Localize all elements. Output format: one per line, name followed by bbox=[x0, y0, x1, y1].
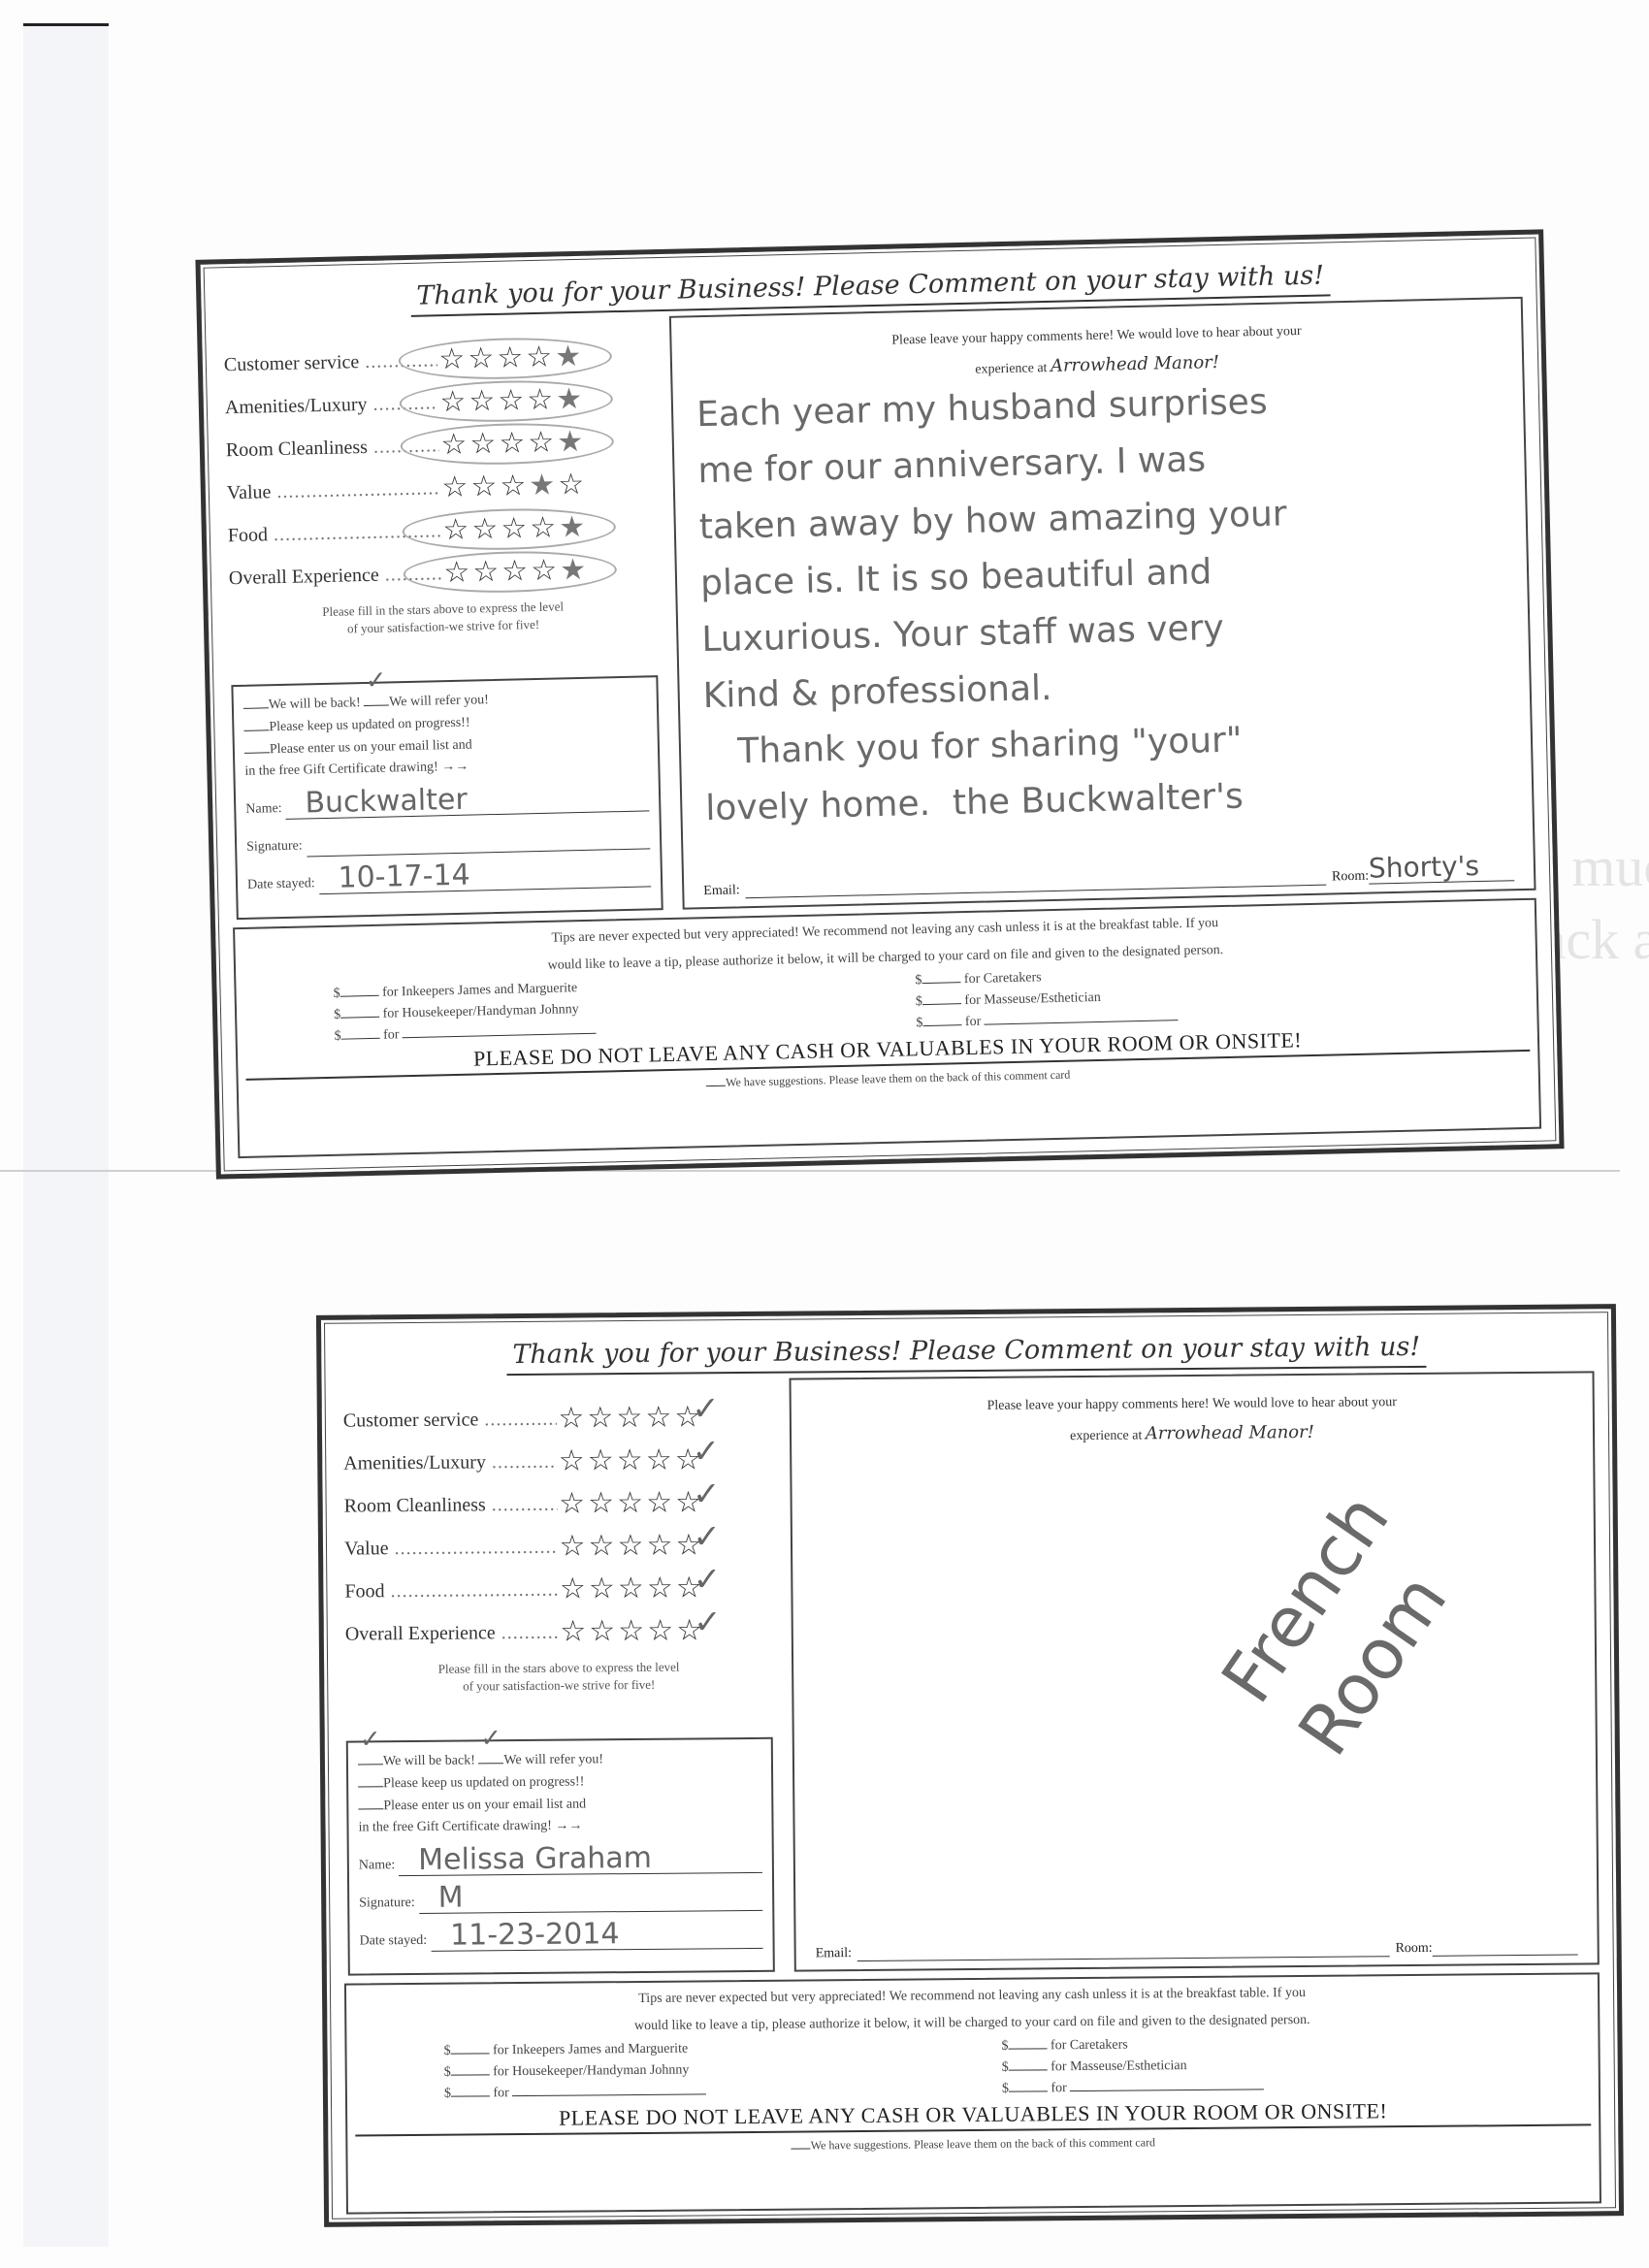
tip-amount-field[interactable] bbox=[340, 1017, 379, 1019]
tip-recipient-field[interactable] bbox=[403, 1033, 597, 1039]
tip-recipient-label: for Housekeeper/Handyman Johnny bbox=[490, 2063, 690, 2080]
room-label: Room: bbox=[1395, 1941, 1432, 1957]
star-icon[interactable]: ★ bbox=[527, 471, 557, 502]
gift-certificate-label: in the free Gift Certificate drawing! →→ bbox=[358, 1814, 761, 1839]
updates-checkbox[interactable] bbox=[243, 716, 269, 731]
star-icon[interactable]: ☆ bbox=[558, 1489, 587, 1518]
comment-box: Please leave your happy comments here! W… bbox=[790, 1371, 1600, 1971]
star-rating[interactable]: ☆☆☆☆☆✓ bbox=[559, 1616, 704, 1646]
checkmark-icon: ✓ bbox=[360, 1729, 381, 1750]
circle-mark bbox=[402, 506, 616, 552]
tip-item: $ for bbox=[444, 2079, 983, 2105]
checkmark-icon: ✓ bbox=[365, 670, 386, 692]
star-icon[interactable]: ☆ bbox=[586, 1446, 615, 1475]
star-icon[interactable]: ☆ bbox=[644, 1446, 673, 1475]
tips-section: Tips are never expected but very appreci… bbox=[233, 898, 1541, 1158]
tip-amount-field[interactable] bbox=[340, 995, 379, 997]
name-label: Name: bbox=[245, 798, 282, 821]
name-field[interactable]: Buckwalter bbox=[285, 781, 649, 819]
back-label: We will be back! bbox=[269, 696, 365, 712]
circle-mark bbox=[403, 549, 617, 595]
comment-box: Please leave your happy comments here! W… bbox=[669, 297, 1536, 910]
star-icon[interactable]: ☆ bbox=[644, 1404, 673, 1433]
comment-card-1: Thank you for your Business! Please Comm… bbox=[195, 229, 1564, 1179]
date-stayed-label: Date stayed: bbox=[359, 1930, 427, 1953]
tip-amount-field[interactable] bbox=[922, 982, 961, 984]
star-icon[interactable]: ☆ bbox=[587, 1574, 616, 1604]
star-icon[interactable]: ☆ bbox=[559, 1617, 588, 1646]
date-stayed-field[interactable]: 11-23-2014 bbox=[431, 1919, 763, 1952]
suggestions-checkbox[interactable] bbox=[706, 1085, 726, 1086]
star-icon[interactable]: ☆ bbox=[645, 1532, 674, 1561]
scan-edge-mark bbox=[23, 23, 109, 26]
suggestions-checkbox[interactable] bbox=[792, 2148, 811, 2149]
rating-instructions: Please fill in the stars above to expres… bbox=[345, 1658, 772, 1697]
room-label: Room: bbox=[1332, 869, 1369, 886]
back-checkbox[interactable] bbox=[243, 694, 269, 709]
name-field-row: Name:Buckwalter bbox=[245, 781, 650, 820]
star-icon[interactable]: ☆ bbox=[586, 1404, 615, 1433]
tip-amount-field[interactable] bbox=[922, 1003, 961, 1005]
refer-label: We will refer you! bbox=[389, 693, 489, 709]
email-label: Email: bbox=[703, 883, 740, 899]
tips-section: Tips are never expected but very appreci… bbox=[344, 1972, 1601, 2214]
name-field[interactable]: Melissa Graham bbox=[399, 1843, 762, 1876]
star-rating[interactable]: ☆☆☆☆☆✓ bbox=[558, 1531, 703, 1561]
signature-label: Signature: bbox=[359, 1893, 415, 1915]
rating-instructions: Please fill in the stars above to expres… bbox=[230, 596, 658, 640]
email-list-label: Please enter us on your email list and bbox=[383, 1797, 586, 1813]
star-icon[interactable]: ☆ bbox=[469, 472, 499, 502]
handwritten-comment[interactable]: Each year my husband surprises me for ou… bbox=[696, 373, 1294, 837]
currency-symbol: $ bbox=[1001, 2039, 1008, 2054]
rating-label: Value bbox=[227, 477, 440, 504]
star-icon[interactable]: ☆ bbox=[439, 473, 469, 503]
star-rating[interactable]: ☆☆☆☆☆✓ bbox=[558, 1573, 703, 1604]
star-icon[interactable]: ☆ bbox=[616, 1489, 645, 1518]
star-rating[interactable]: ☆☆☆☆★ bbox=[441, 556, 588, 588]
rating-note-line: of your satisfaction-we strive for five! bbox=[345, 1675, 772, 1697]
rating-label: Value bbox=[344, 1536, 558, 1560]
currency-symbol: $ bbox=[916, 1016, 922, 1030]
star-rating[interactable]: ☆☆☆☆★ bbox=[436, 342, 583, 374]
optin-box: ✓We will be back! ✓We will refer you!Ple… bbox=[346, 1737, 775, 1976]
checkmark-icon: ✓ bbox=[692, 1389, 720, 1428]
tip-recipient-label: for Housekeeper/Handyman Johnny bbox=[379, 1002, 579, 1021]
currency-symbol: $ bbox=[1002, 2082, 1009, 2096]
star-rating[interactable]: ☆☆☆☆★ bbox=[437, 385, 584, 417]
email-room-row: Email: Room: Shorty's bbox=[703, 851, 1514, 899]
star-icon[interactable]: ☆ bbox=[615, 1404, 644, 1433]
rating-row: Overall Experience☆☆☆☆★ bbox=[228, 547, 656, 599]
email-room-row: Email: Room: bbox=[815, 1926, 1577, 1962]
comment-prompt: Please leave your happy comments here! W… bbox=[792, 1386, 1594, 1453]
tips-intro: Tips are never expected but very appreci… bbox=[346, 1980, 1598, 2012]
star-icon[interactable]: ☆ bbox=[556, 470, 586, 501]
tip-recipient-field[interactable] bbox=[1070, 2089, 1264, 2091]
tip-recipient-field[interactable] bbox=[985, 1020, 1179, 1025]
rating-label: Room Cleanliness bbox=[344, 1493, 558, 1517]
tips-grid: $ for Inkeepers James and Marguerite $ f… bbox=[443, 2031, 1540, 2105]
tip-recipient-label: for bbox=[379, 1027, 403, 1043]
tip-item: $ for bbox=[1002, 2074, 1540, 2100]
email-list-checkbox[interactable] bbox=[244, 738, 270, 754]
tip-amount-field[interactable] bbox=[451, 2074, 490, 2075]
rating-label: Amenities/Luxury bbox=[343, 1450, 557, 1474]
tip-recipient-label: for Inkeepers James and Marguerite bbox=[489, 2042, 688, 2058]
tip-recipient-label: for bbox=[961, 1015, 985, 1030]
optin-box: We will be back! ✓We will refer you!Plea… bbox=[231, 675, 663, 920]
rating-label: Overall Experience bbox=[345, 1621, 559, 1645]
star-icon[interactable]: ☆ bbox=[558, 1574, 587, 1604]
rating-label: Customer service bbox=[343, 1408, 557, 1432]
tip-recipient-label: for Masseuse/Esthetician bbox=[1048, 2058, 1187, 2074]
email-label: Email: bbox=[816, 1946, 852, 1961]
star-icon[interactable]: ☆ bbox=[587, 1489, 616, 1518]
tip-recipient-label: for Masseuse/Esthetician bbox=[961, 990, 1101, 1008]
date-stayed-field[interactable]: 10-17-14 bbox=[318, 857, 651, 894]
tip-recipient-label: for bbox=[1048, 2081, 1070, 2095]
room-field[interactable]: Shorty's bbox=[1369, 851, 1515, 884]
email-field[interactable] bbox=[857, 1938, 1390, 1961]
star-icon[interactable]: ☆ bbox=[587, 1532, 616, 1561]
updates-label: Please keep us updated on progress!! bbox=[383, 1774, 584, 1791]
date-stayed-field-row: Date stayed:10-17-14 bbox=[247, 857, 652, 895]
refer-label: We will refer you! bbox=[503, 1752, 603, 1767]
name-label: Name: bbox=[359, 1855, 396, 1876]
rating-section: Customer service☆☆☆☆☆✓Amenities/Luxury☆☆… bbox=[343, 1396, 773, 1697]
currency-symbol: $ bbox=[444, 2087, 451, 2101]
star-rating[interactable]: ☆☆☆☆☆✓ bbox=[557, 1445, 702, 1475]
handwritten-comment[interactable]: French Room bbox=[1201, 1476, 1486, 1773]
star-icon[interactable]: ☆ bbox=[644, 1489, 673, 1518]
currency-symbol: $ bbox=[916, 994, 922, 1009]
star-icon[interactable]: ☆ bbox=[616, 1574, 645, 1604]
email-field[interactable] bbox=[745, 867, 1326, 899]
updates-label: Please keep us updated on progress!! bbox=[269, 716, 470, 735]
suggestions-label: We have suggestions. Please leave them o… bbox=[811, 2135, 1155, 2152]
star-icon[interactable]: ☆ bbox=[615, 1446, 644, 1475]
signature-field[interactable]: M bbox=[419, 1881, 763, 1914]
tip-amount-field[interactable] bbox=[451, 2053, 490, 2054]
card-title: Thank you for your Business! Please Comm… bbox=[333, 1330, 1600, 1371]
currency-symbol: $ bbox=[334, 1008, 340, 1022]
updates-checkbox[interactable] bbox=[358, 1772, 383, 1787]
currency-symbol: $ bbox=[443, 2044, 450, 2058]
tip-recipient-label: for bbox=[490, 2086, 512, 2100]
refer-checkbox[interactable]: ✓ bbox=[364, 691, 389, 706]
star-icon[interactable]: ☆ bbox=[558, 1532, 587, 1561]
back-label: We will be back! bbox=[383, 1753, 479, 1768]
checkmark-icon: ✓ bbox=[692, 1432, 720, 1471]
tip-amount-field[interactable] bbox=[451, 2095, 490, 2096]
star-rating[interactable]: ☆☆☆☆★ bbox=[438, 428, 585, 460]
rating-row: Overall Experience☆☆☆☆☆✓ bbox=[345, 1609, 772, 1656]
checkmark-icon: ✓ bbox=[480, 1728, 501, 1749]
currency-symbol: $ bbox=[334, 1029, 340, 1044]
currency-symbol: $ bbox=[915, 973, 921, 988]
circle-mark bbox=[398, 336, 612, 381]
tip-recipient-label: for Caretakers bbox=[1047, 2038, 1127, 2054]
refer-checkbox[interactable]: ✓ bbox=[478, 1749, 503, 1764]
room-field[interactable] bbox=[1432, 1926, 1577, 1957]
circle-mark bbox=[399, 378, 613, 424]
checkmark-icon: ✓ bbox=[693, 1517, 721, 1556]
back-checkbox[interactable]: ✓ bbox=[358, 1750, 383, 1765]
currency-symbol: $ bbox=[444, 2065, 451, 2080]
checkmark-icon: ✓ bbox=[694, 1560, 722, 1599]
star-icon[interactable]: ☆ bbox=[588, 1617, 617, 1646]
tip-recipient-label: for Caretakers bbox=[960, 970, 1042, 987]
date-stayed-label: Date stayed: bbox=[247, 873, 315, 896]
star-rating[interactable]: ☆☆☆☆★ bbox=[440, 513, 587, 545]
signature-field-row: Signature:M bbox=[359, 1881, 762, 1915]
suggestions-line: We have suggestions. Please leave them o… bbox=[347, 2131, 1599, 2156]
date-stayed-field-row: Date stayed:11-23-2014 bbox=[359, 1919, 762, 1953]
tip-amount-field[interactable] bbox=[1009, 2090, 1048, 2091]
star-icon[interactable]: ☆ bbox=[645, 1574, 674, 1604]
tip-amount-field[interactable] bbox=[1009, 2069, 1048, 2070]
star-icon[interactable]: ☆ bbox=[616, 1532, 645, 1561]
signature-label: Signature: bbox=[246, 836, 303, 859]
comment-card-2: Thank you for your Business! Please Comm… bbox=[316, 1304, 1624, 2227]
currency-symbol: $ bbox=[1002, 2060, 1009, 2075]
star-icon[interactable]: ☆ bbox=[646, 1617, 675, 1646]
star-rating[interactable]: ☆☆☆★☆ bbox=[439, 470, 586, 502]
currency-symbol: $ bbox=[333, 987, 339, 1001]
checkmark-icon: ✓ bbox=[693, 1474, 721, 1513]
star-icon[interactable]: ☆ bbox=[617, 1617, 646, 1646]
signature-field[interactable] bbox=[306, 819, 650, 857]
rating-label: Food bbox=[344, 1578, 558, 1603]
star-icon[interactable]: ☆ bbox=[498, 471, 528, 502]
tip-recipient-label: for Inkeepers James and Marguerite bbox=[378, 981, 577, 1000]
star-icon[interactable]: ☆ bbox=[557, 1404, 586, 1433]
tip-amount-field[interactable] bbox=[1009, 2048, 1048, 2049]
signature-field-row: Signature: bbox=[246, 819, 651, 858]
star-icon[interactable]: ☆ bbox=[557, 1446, 586, 1475]
scan-edge-strip bbox=[23, 25, 109, 2247]
email-list-checkbox[interactable] bbox=[358, 1795, 383, 1809]
tip-amount-field[interactable] bbox=[341, 1038, 380, 1040]
rating-section: Customer service☆☆☆☆★Amenities/Luxury☆☆☆… bbox=[223, 334, 657, 640]
name-field-row: Name:Melissa Graham bbox=[359, 1843, 762, 1877]
tip-amount-field[interactable] bbox=[923, 1024, 962, 1026]
suggestions-label: We have suggestions. Please leave them o… bbox=[726, 1068, 1070, 1089]
circle-mark bbox=[400, 421, 614, 467]
star-rating[interactable]: ☆☆☆☆☆✓ bbox=[558, 1488, 703, 1518]
star-rating[interactable]: ☆☆☆☆☆✓ bbox=[557, 1403, 702, 1433]
tip-recipient-field[interactable] bbox=[512, 2093, 706, 2096]
email-list-label: Please enter us on your email list and bbox=[270, 738, 472, 758]
checkmark-icon: ✓ bbox=[694, 1603, 722, 1641]
